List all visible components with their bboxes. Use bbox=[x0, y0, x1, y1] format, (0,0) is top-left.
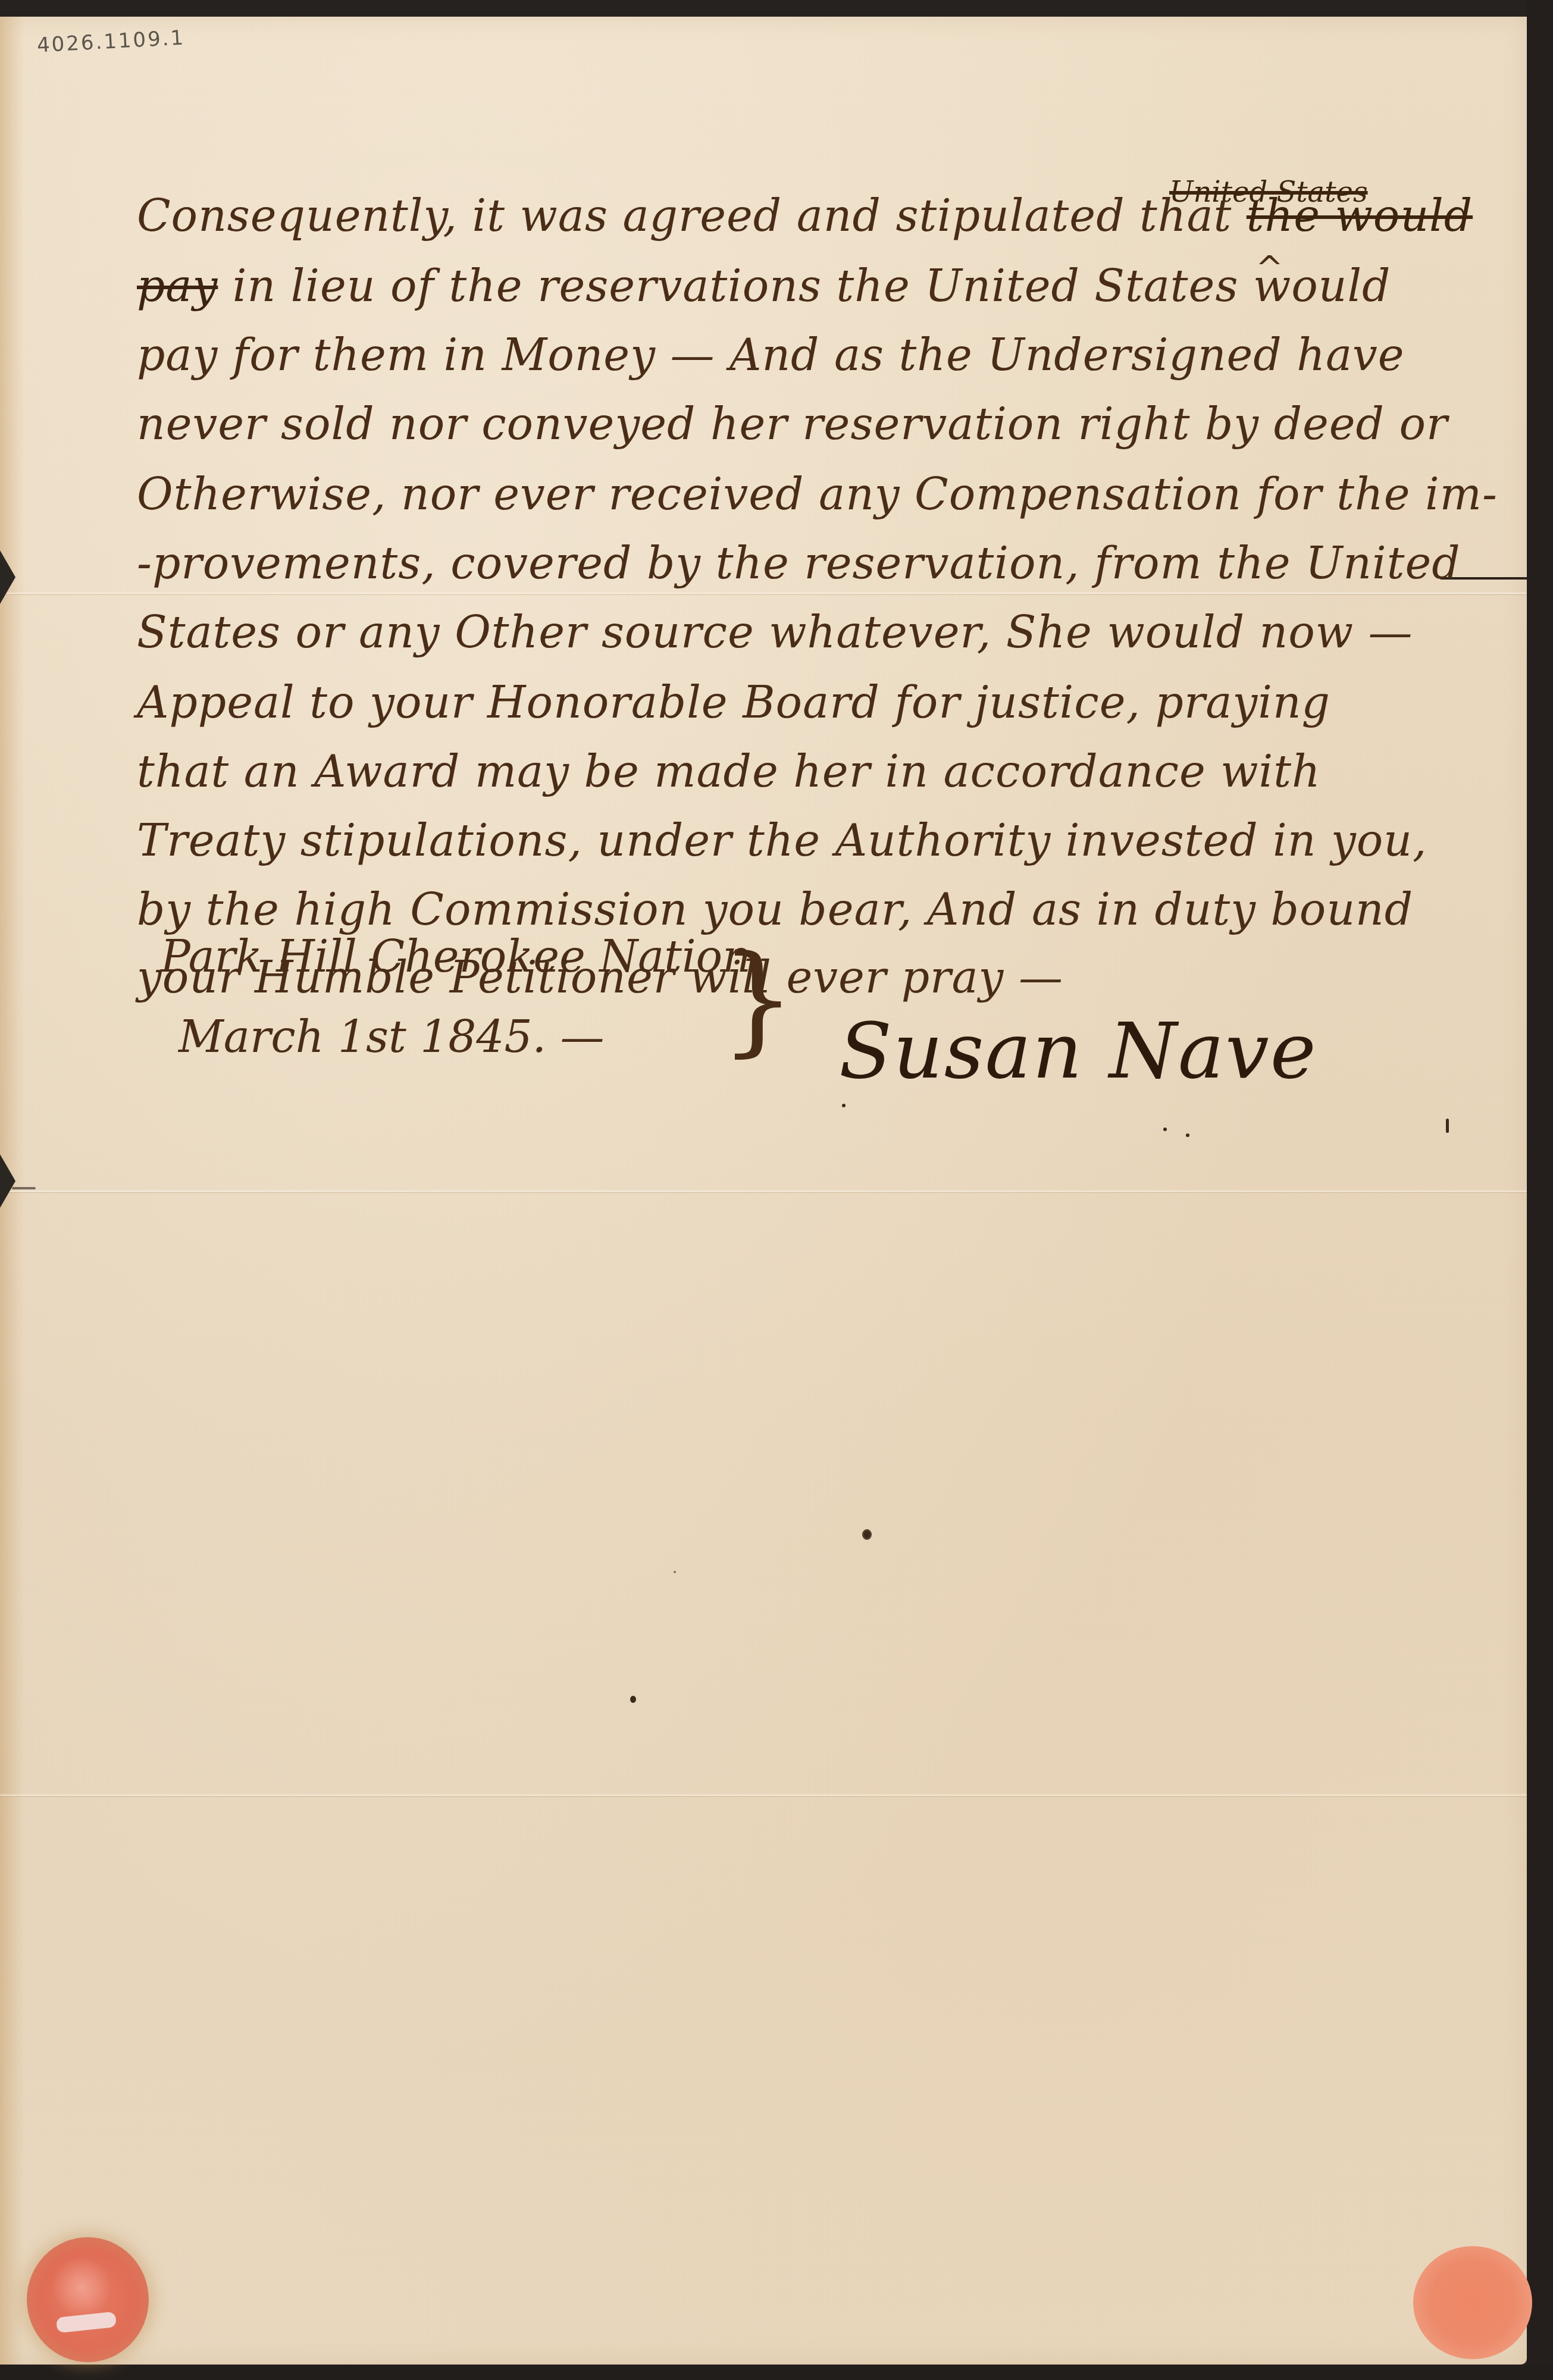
backdrop-top bbox=[0, 0, 1553, 17]
place-line: Park Hill Cherokee Nation bbox=[161, 931, 751, 982]
backdrop-bottom bbox=[0, 2365, 1553, 2380]
body-line-9: that an Award may be made her in accorda… bbox=[137, 746, 1321, 797]
flourish-brace: } bbox=[720, 940, 796, 1059]
ink-speck bbox=[1163, 1128, 1167, 1131]
body-line-6: -provements, covered by the reservation,… bbox=[137, 538, 1461, 589]
signature: Susan Nave bbox=[839, 1006, 1317, 1096]
ink-speck bbox=[674, 1571, 676, 1573]
body-line-10: Treaty stipulations, under the Authority… bbox=[137, 815, 1427, 866]
body-line-11: by the high Commission you bear, And as … bbox=[137, 884, 1413, 935]
body-line-4: never sold nor conveyed her reservation … bbox=[137, 399, 1448, 450]
body-line-5: Otherwise, nor ever received any Compens… bbox=[137, 469, 1498, 520]
backdrop-right bbox=[1527, 0, 1553, 2380]
fold-line-lower bbox=[0, 1794, 1527, 1797]
fold-line-upper bbox=[0, 592, 1527, 596]
ink-speck bbox=[630, 1696, 636, 1703]
ink-speck bbox=[842, 1104, 846, 1107]
date-line: March 1st 1845. — bbox=[179, 1011, 605, 1063]
body-line-7: States or any Other source whatever, She… bbox=[137, 607, 1413, 658]
ink-speck bbox=[1446, 1119, 1449, 1133]
fold-line-middle bbox=[0, 1190, 1527, 1194]
body-line-3: pay for them in Money — And as the Under… bbox=[137, 330, 1405, 381]
crack-left-middle bbox=[12, 1187, 36, 1189]
ink-speck bbox=[862, 1529, 872, 1540]
ink-speck bbox=[1186, 1133, 1189, 1137]
red-seal-right bbox=[1413, 2246, 1532, 2359]
body-line-8: Appeal to your Honorable Board for justi… bbox=[137, 677, 1330, 728]
red-seal-left bbox=[27, 2237, 149, 2362]
body-line-2: pay in lieu of the reservations the Unit… bbox=[137, 261, 1391, 312]
body-line-1: Consequently, it was agreed and stipulat… bbox=[137, 190, 1473, 242]
